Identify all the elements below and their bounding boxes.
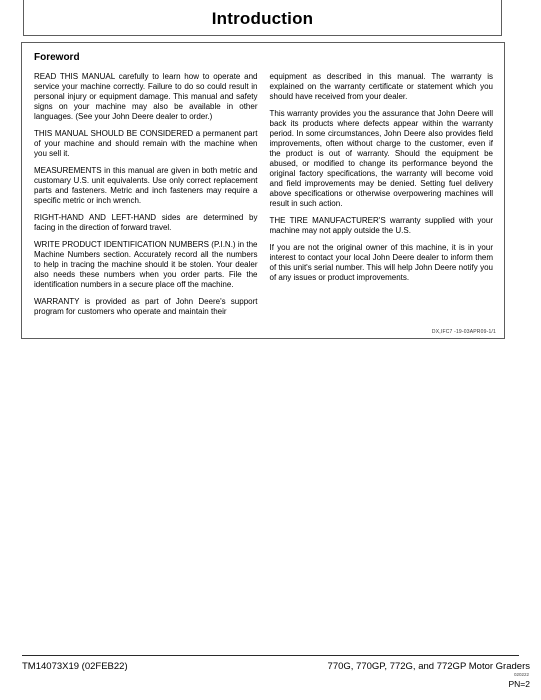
paragraph: RIGHT-HAND AND LEFT-HAND sides are deter… (34, 213, 258, 233)
paragraph: THE TIRE MANUFACTURER'S warranty supplie… (270, 216, 494, 236)
foreword-section: Foreword READ THIS MANUAL carefully to l… (21, 42, 505, 339)
paragraph: If you are not the original owner of thi… (270, 243, 494, 283)
footer-divider (22, 655, 519, 656)
paragraph: THIS MANUAL SHOULD BE CONSIDERED a perma… (34, 129, 258, 159)
manual-number: TM14073X19 (02FEB22) (22, 661, 128, 672)
model-title: 770G, 770GP, 772G, and 772GP Motor Grade… (328, 661, 530, 672)
manual-page: Introduction Foreword READ THIS MANUAL c… (0, 0, 541, 700)
section-heading: Foreword (34, 52, 493, 63)
chapter-title-box: Introduction (23, 0, 502, 36)
paragraph: WARRANTY is provided as part of John Dee… (34, 297, 258, 317)
paragraph: WRITE PRODUCT IDENTIFICATION NUMBERS (P.… (34, 240, 258, 290)
paragraph: READ THIS MANUAL carefully to learn how … (34, 72, 258, 122)
two-column-text: READ THIS MANUAL carefully to learn how … (34, 72, 493, 324)
paragraph: This warranty provides you the assurance… (270, 109, 494, 209)
paragraph: MEASUREMENTS in this manual are given in… (34, 166, 258, 206)
left-column: READ THIS MANUAL carefully to learn how … (34, 72, 258, 324)
page-title: Introduction (212, 9, 314, 29)
document-revision-code: DX,IFC7 -19-03APR09-1/1 (432, 329, 496, 335)
right-column: equipment as described in this manual. T… (270, 72, 494, 324)
print-date-code: 020222 (514, 672, 529, 677)
paragraph: equipment as described in this manual. T… (270, 72, 494, 102)
page-number: PN=2 (509, 679, 531, 689)
